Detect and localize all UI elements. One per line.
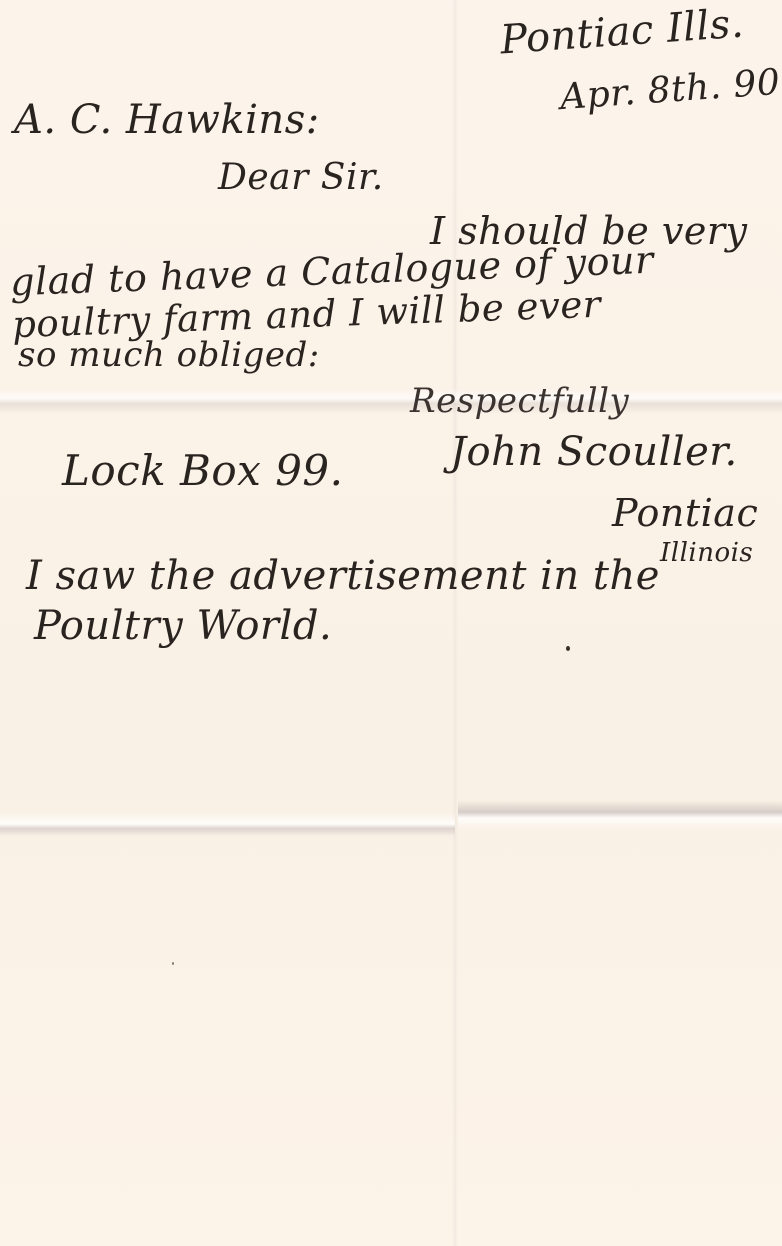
postscript-line: Poultry World. (34, 606, 332, 646)
postscript-line: I saw the advertisement in the (26, 556, 660, 596)
lower-fold-crease-left (0, 812, 455, 842)
return-city: Pontiac (612, 494, 758, 532)
ink-speck (566, 646, 570, 651)
body-line: so much obliged: (18, 338, 320, 372)
salutation: Dear Sir. (218, 160, 384, 196)
return-state: Illinois (660, 540, 753, 566)
return-lock-box: Lock Box 99. (62, 450, 343, 492)
letter-date: Apr. 8th. 90. (559, 64, 782, 116)
upper-fold-crease (0, 388, 782, 414)
ink-speck (172, 962, 174, 965)
addressee: A. C. Hawkins: (14, 100, 320, 140)
letter-place: Pontiac Ills. (499, 4, 745, 61)
vertical-fold-crease (452, 0, 458, 1246)
signature: John Scouller. (450, 432, 738, 472)
closing: Respectfully (410, 384, 629, 418)
lower-fold-crease-right (458, 800, 782, 830)
letter-paper: Pontiac Ills. Apr. 8th. 90. A. C. Hawkin… (0, 0, 782, 1246)
